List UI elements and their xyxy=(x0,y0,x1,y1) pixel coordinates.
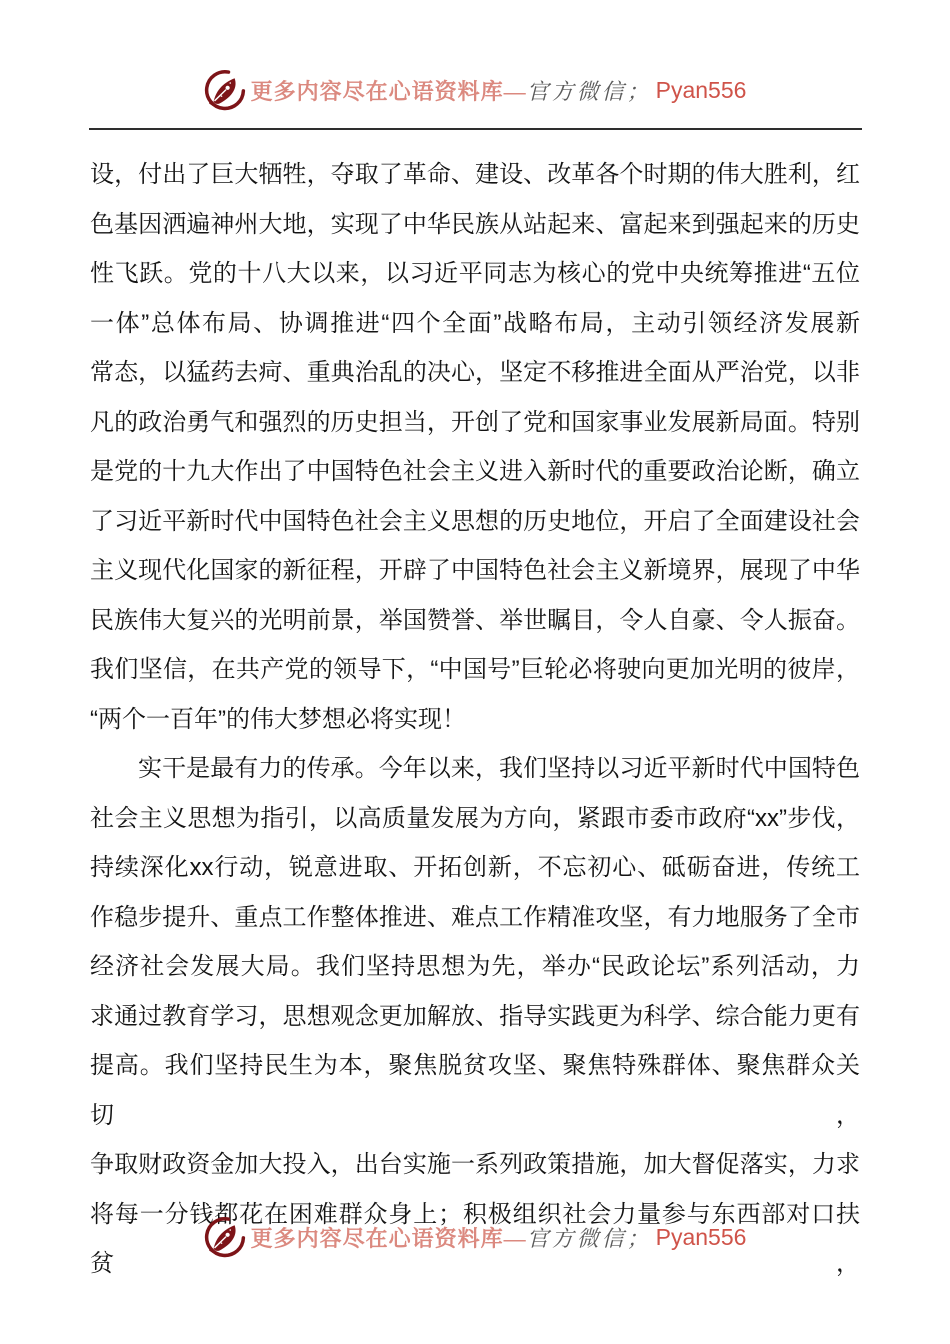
footer-watermark: 更多内容尽在心语资料库— 官方微信； Pyan556 xyxy=(0,1214,950,1260)
wechat-id: Pyan556 xyxy=(656,77,747,104)
body-line: 主义现代化国家的新征程，开辟了中国特色社会主义新境界，展现了中华 xyxy=(90,546,860,596)
body-line: 民族伟大复兴的光明前景，举国赞誉、举世瞩目，令人自豪、令人振奋。 xyxy=(90,596,860,646)
body-line: 争取财政资金加大投入，出台实施一系列政策措施，加大督促落实，力求 xyxy=(90,1140,860,1190)
body-line: 常态，以猛药去疴、重典治乱的决心，坚定不移推进全面从严治党，以非 xyxy=(90,348,860,398)
body-line: 提高。我们坚持民生为本，聚焦脱贫攻坚、聚焦特殊群体、聚焦群众关切， xyxy=(90,1041,860,1140)
body-line: 是党的十九大作出了中国特色社会主义进入新时代的重要政治论断，确立 xyxy=(90,447,860,497)
body-line: 性飞跃。党的十八大以来，以习近平同志为核心的党中央统筹推进“五位 xyxy=(90,249,860,299)
body-line: 求通过教育学习，思想观念更加解放、指导实践更为科学、综合能力更有 xyxy=(90,992,860,1042)
body-line: 持续深化xx行动，锐意进取、开拓创新，不忘初心、砥砺奋进，传统工 xyxy=(90,843,860,893)
wechat-label: 官方微信； xyxy=(527,75,652,106)
body-line: 我们坚信，在共产党的领导下，“中国号”巨轮必将驶向更加光明的彼岸， xyxy=(90,645,860,695)
body-line: 经济社会发展大局。我们坚持思想为先，举办“民政论坛”系列活动，力 xyxy=(90,942,860,992)
body-line: 凡的政治勇气和强烈的历史担当，开创了党和国家事业发展新局面。特别 xyxy=(90,398,860,448)
header-watermark: 更多内容尽在心语资料库— 官方微信； Pyan556 xyxy=(0,67,950,113)
brand-text: 更多内容尽在心语资料库— xyxy=(251,75,527,106)
document-body: 设，付出了巨大牺牲，夺取了革命、建设、改革各个时期的伟大胜利，红 色基因洒遍神州… xyxy=(90,150,860,1289)
wechat-id: Pyan556 xyxy=(656,1224,747,1251)
body-line: 作稳步提升、重点工作整体推进、难点工作精准攻坚，有力地服务了全市 xyxy=(90,893,860,943)
brand-text: 更多内容尽在心语资料库— xyxy=(251,1222,527,1253)
pen-nib-swirl-logo-icon xyxy=(204,1215,246,1259)
body-line: “两个一百年”的伟大梦想必将实现！ xyxy=(90,695,860,745)
body-line: 色基因洒遍神州大地，实现了中华民族从站起来、富起来到强起来的历史 xyxy=(90,200,860,250)
pen-nib-swirl-logo-icon xyxy=(204,68,246,112)
wechat-label: 官方微信； xyxy=(527,1222,652,1253)
document-page: 更多内容尽在心语资料库— 官方微信； Pyan556 设，付出了巨大牺牲，夺取了… xyxy=(0,0,950,1344)
body-line: 了习近平新时代中国特色社会主义思想的历史地位，开启了全面建设社会 xyxy=(90,497,860,547)
body-line: 一体”总体布局、协调推进“四个全面”战略布局，主动引领经济发展新 xyxy=(90,299,860,349)
body-line: 实干是最有力的传承。今年以来，我们坚持以习近平新时代中国特色 xyxy=(90,744,860,794)
body-line: 设，付出了巨大牺牲，夺取了革命、建设、改革各个时期的伟大胜利，红 xyxy=(90,150,860,200)
header-divider xyxy=(89,128,862,130)
body-line: 社会主义思想为指引，以高质量发展为方向，紧跟市委市政府“xx”步伐， xyxy=(90,794,860,844)
